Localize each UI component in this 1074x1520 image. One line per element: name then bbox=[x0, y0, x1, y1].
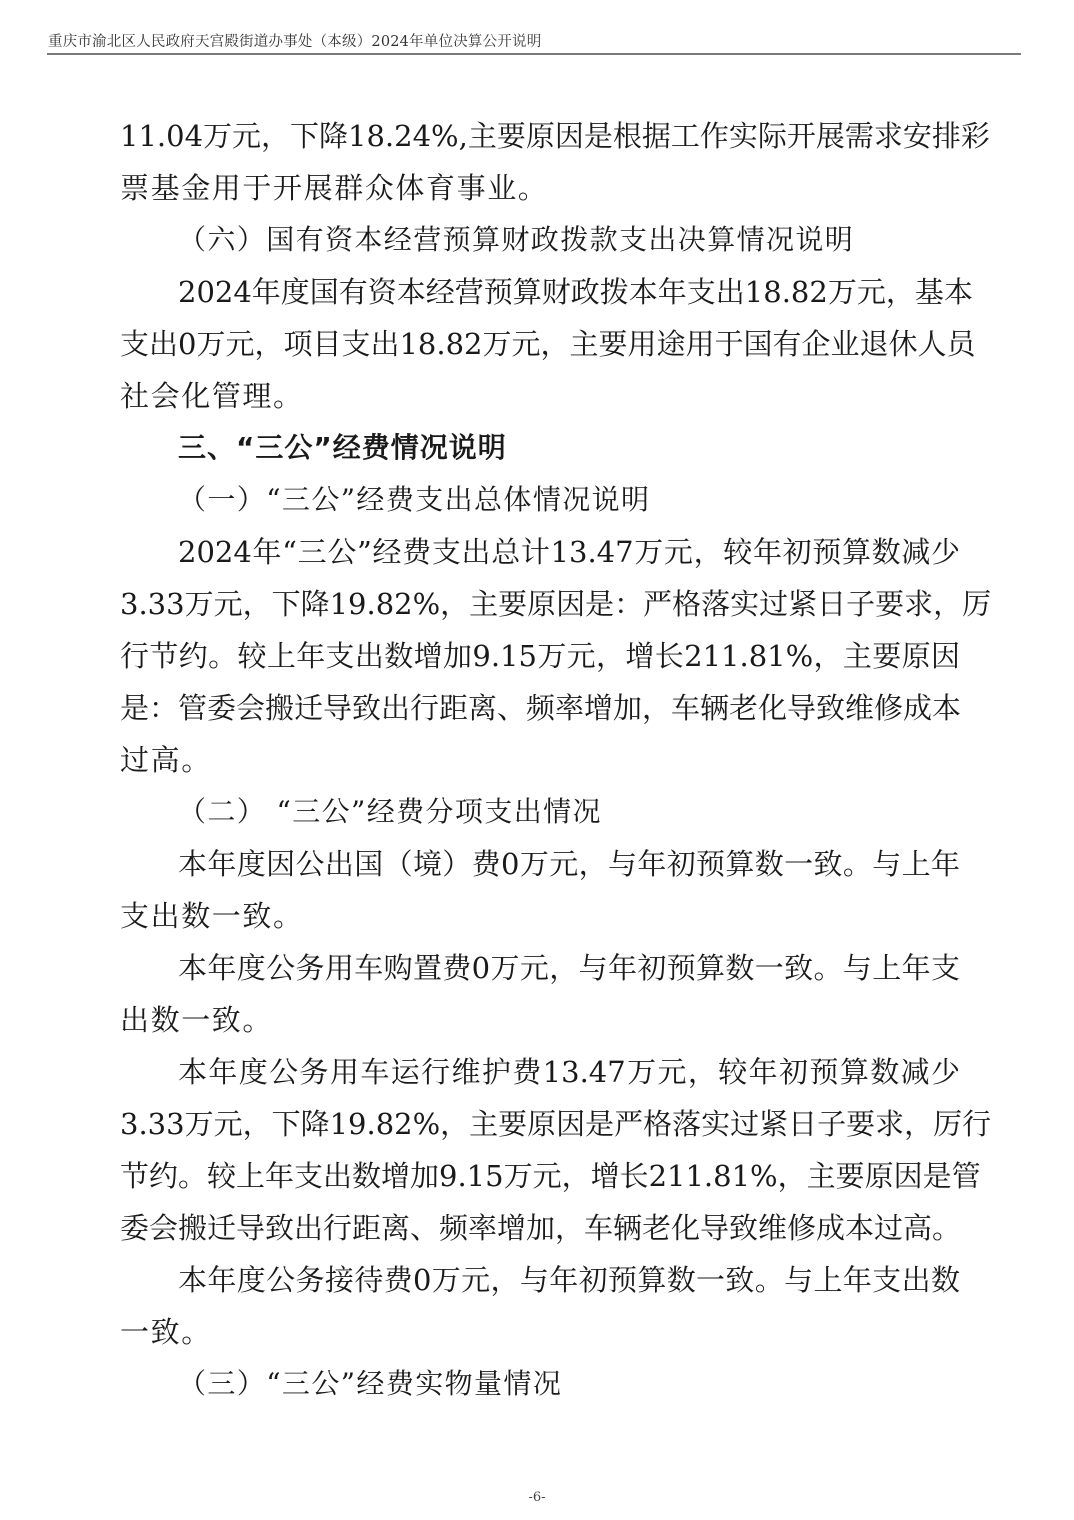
section-heading-3-2: （二） “三公”经费分项支出情况 bbox=[120, 786, 960, 838]
section-heading-3-1: （一）“三公”经费支出总体情况说明 bbox=[120, 474, 960, 526]
paragraph-line: 本年度公务接待费0万元，与年初预算数一致。与上年支出数 bbox=[120, 1254, 960, 1306]
paragraph-line: 行节约。较上年支出数增加9.15万元，增长211.81%，主要原因 bbox=[120, 630, 960, 682]
paragraph-line: 一致。 bbox=[120, 1306, 960, 1358]
paragraph-line: 2024年“三公”经费支出总计13.47万元，较年初预算数减少 bbox=[120, 526, 960, 578]
paragraph-line: 3.33万元，下降19.82%，主要原因是：严格落实过紧日子要求，厉 bbox=[120, 578, 960, 630]
paragraph-line: 本年度公务用车运行维护费13.47万元，较年初预算数减少 bbox=[120, 1046, 960, 1098]
paragraph-line: 票基金用于开展群众体育事业。 bbox=[120, 162, 960, 214]
paragraph-line: 是：管委会搬迁导致出行距离、频率增加，车辆老化导致维修成本 bbox=[120, 682, 960, 734]
paragraph-line: 支出0万元，项目支出18.82万元，主要用途用于国有企业退休人员 bbox=[120, 318, 960, 370]
paragraph-line: 社会化管理。 bbox=[120, 370, 960, 422]
header-divider bbox=[47, 53, 1021, 55]
paragraph-line: 节约。较上年支出数增加9.15万元，增长211.81%，主要原因是管 bbox=[120, 1150, 960, 1202]
paragraph-line: 3.33万元，下降19.82%，主要原因是严格落实过紧日子要求，厉行 bbox=[120, 1098, 960, 1150]
document-body: 11.04万元，下降18.24%,主要原因是根据工作实际开展需求安排彩 票基金用… bbox=[120, 110, 960, 1410]
section-heading-6: （六）国有资本经营预算财政拨款支出决算情况说明 bbox=[120, 214, 960, 266]
paragraph-line: 本年度因公出国（境）费0万元，与年初预算数一致。与上年 bbox=[120, 838, 960, 890]
paragraph-line: 支出数一致。 bbox=[120, 890, 960, 942]
page-number: -6- bbox=[0, 1490, 1074, 1505]
paragraph-line: 委会搬迁导致出行距离、频率增加，车辆老化导致维修成本过高。 bbox=[120, 1202, 960, 1254]
paragraph-line: 本年度公务用车购置费0万元，与年初预算数一致。与上年支 bbox=[120, 942, 960, 994]
paragraph-line: 11.04万元，下降18.24%,主要原因是根据工作实际开展需求安排彩 bbox=[120, 110, 960, 162]
section-heading-3-3: （三）“三公”经费实物量情况 bbox=[120, 1358, 960, 1410]
running-header: 重庆市渝北区人民政府天宫殿街道办事处（本级）2024年单位决算公开说明 bbox=[48, 30, 541, 51]
paragraph-line: 过高。 bbox=[120, 734, 960, 786]
chapter-heading-three-public: 三、“三公”经费情况说明 bbox=[120, 422, 960, 474]
paragraph-line: 出数一致。 bbox=[120, 994, 960, 1046]
paragraph-line: 2024年度国有资本经营预算财政拨本年支出18.82万元，基本 bbox=[120, 266, 960, 318]
